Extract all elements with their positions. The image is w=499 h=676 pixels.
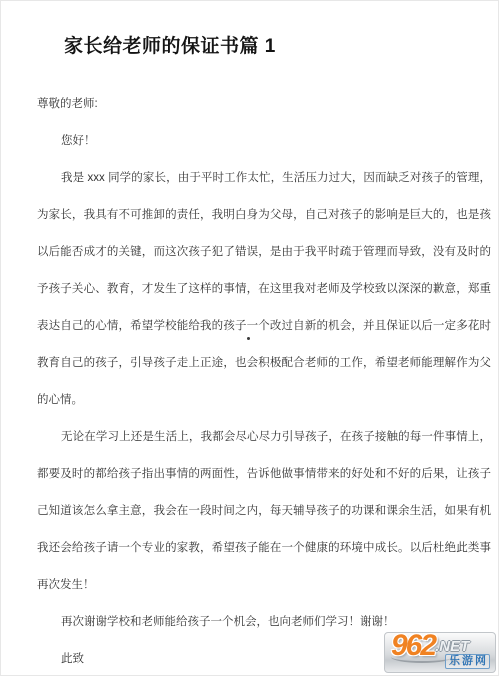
document-line: 您好！ bbox=[37, 123, 491, 160]
document-title: 家长给老师的保证书篇 1 bbox=[64, 31, 276, 58]
document-line: 为家长，我具有不可推卸的责任，我明白身为父母，自己对孩子的影响是巨大的，也是孩子 bbox=[37, 197, 491, 234]
document-line: 我还会给孩子请一个专业的家教，希望孩子能在一个健康的环境中成长。以后杜绝此类事情 bbox=[37, 530, 491, 567]
swoosh-line-icon bbox=[391, 651, 453, 663]
document-line: 尊敬的老师: bbox=[37, 86, 491, 123]
document-body: 尊敬的老师: 您好！ 我是 xxx 同学的家长，由于平时工作太忙，生活压力过大，… bbox=[37, 86, 491, 676]
ink-dot-artifact bbox=[247, 337, 250, 340]
watermark-sitename: 乐游网 bbox=[445, 654, 490, 669]
document-line: 再次发生！ bbox=[37, 567, 491, 604]
document-line: 予孩子关心、教育，才发生了这样的事情，在这里我对老师及学校致以深深的歉意，郑重的 bbox=[37, 271, 491, 308]
document-line: 的心情。 bbox=[37, 382, 491, 419]
962net-watermark-logo: 962.NET 乐游网 bbox=[384, 632, 496, 673]
document-line: 以后能否成才的关键，而这次孩子犯了错误，是由于我平时疏于管理而导致，没有及时的给 bbox=[37, 234, 491, 271]
document-line: 教育自己的孩子，引导孩子走上正途，也会积极配合老师的工作，希望老师能理解作为父母 bbox=[37, 345, 491, 382]
document-page: 家长给老师的保证书篇 1 尊敬的老师: 您好！ 我是 xxx 同学的家长，由于平… bbox=[0, 0, 499, 676]
document-line: 己知道该怎么拿主意，我会在一段时间之内，每天辅导孩子的功课和课余生活，如果有机会… bbox=[37, 493, 491, 530]
document-line: 表达自己的心情，希望学校能给我的孩子一个改过自新的机会，并且保证以后一定多花时间 bbox=[37, 308, 491, 345]
document-line: 无论在学习上还是生活上，我都会尽心尽力引导孩子，在孩子接触的每一件事情上，我 bbox=[37, 419, 491, 456]
document-line: 都要及时的都给孩子指出事情的两面性，告诉他做事情带来的好处和不好的后果，让孩子自 bbox=[37, 456, 491, 493]
document-line: 我是 xxx 同学的家长，由于平时工作太忙，生活压力过大，因而缺乏对孩子的管理，… bbox=[37, 160, 491, 197]
